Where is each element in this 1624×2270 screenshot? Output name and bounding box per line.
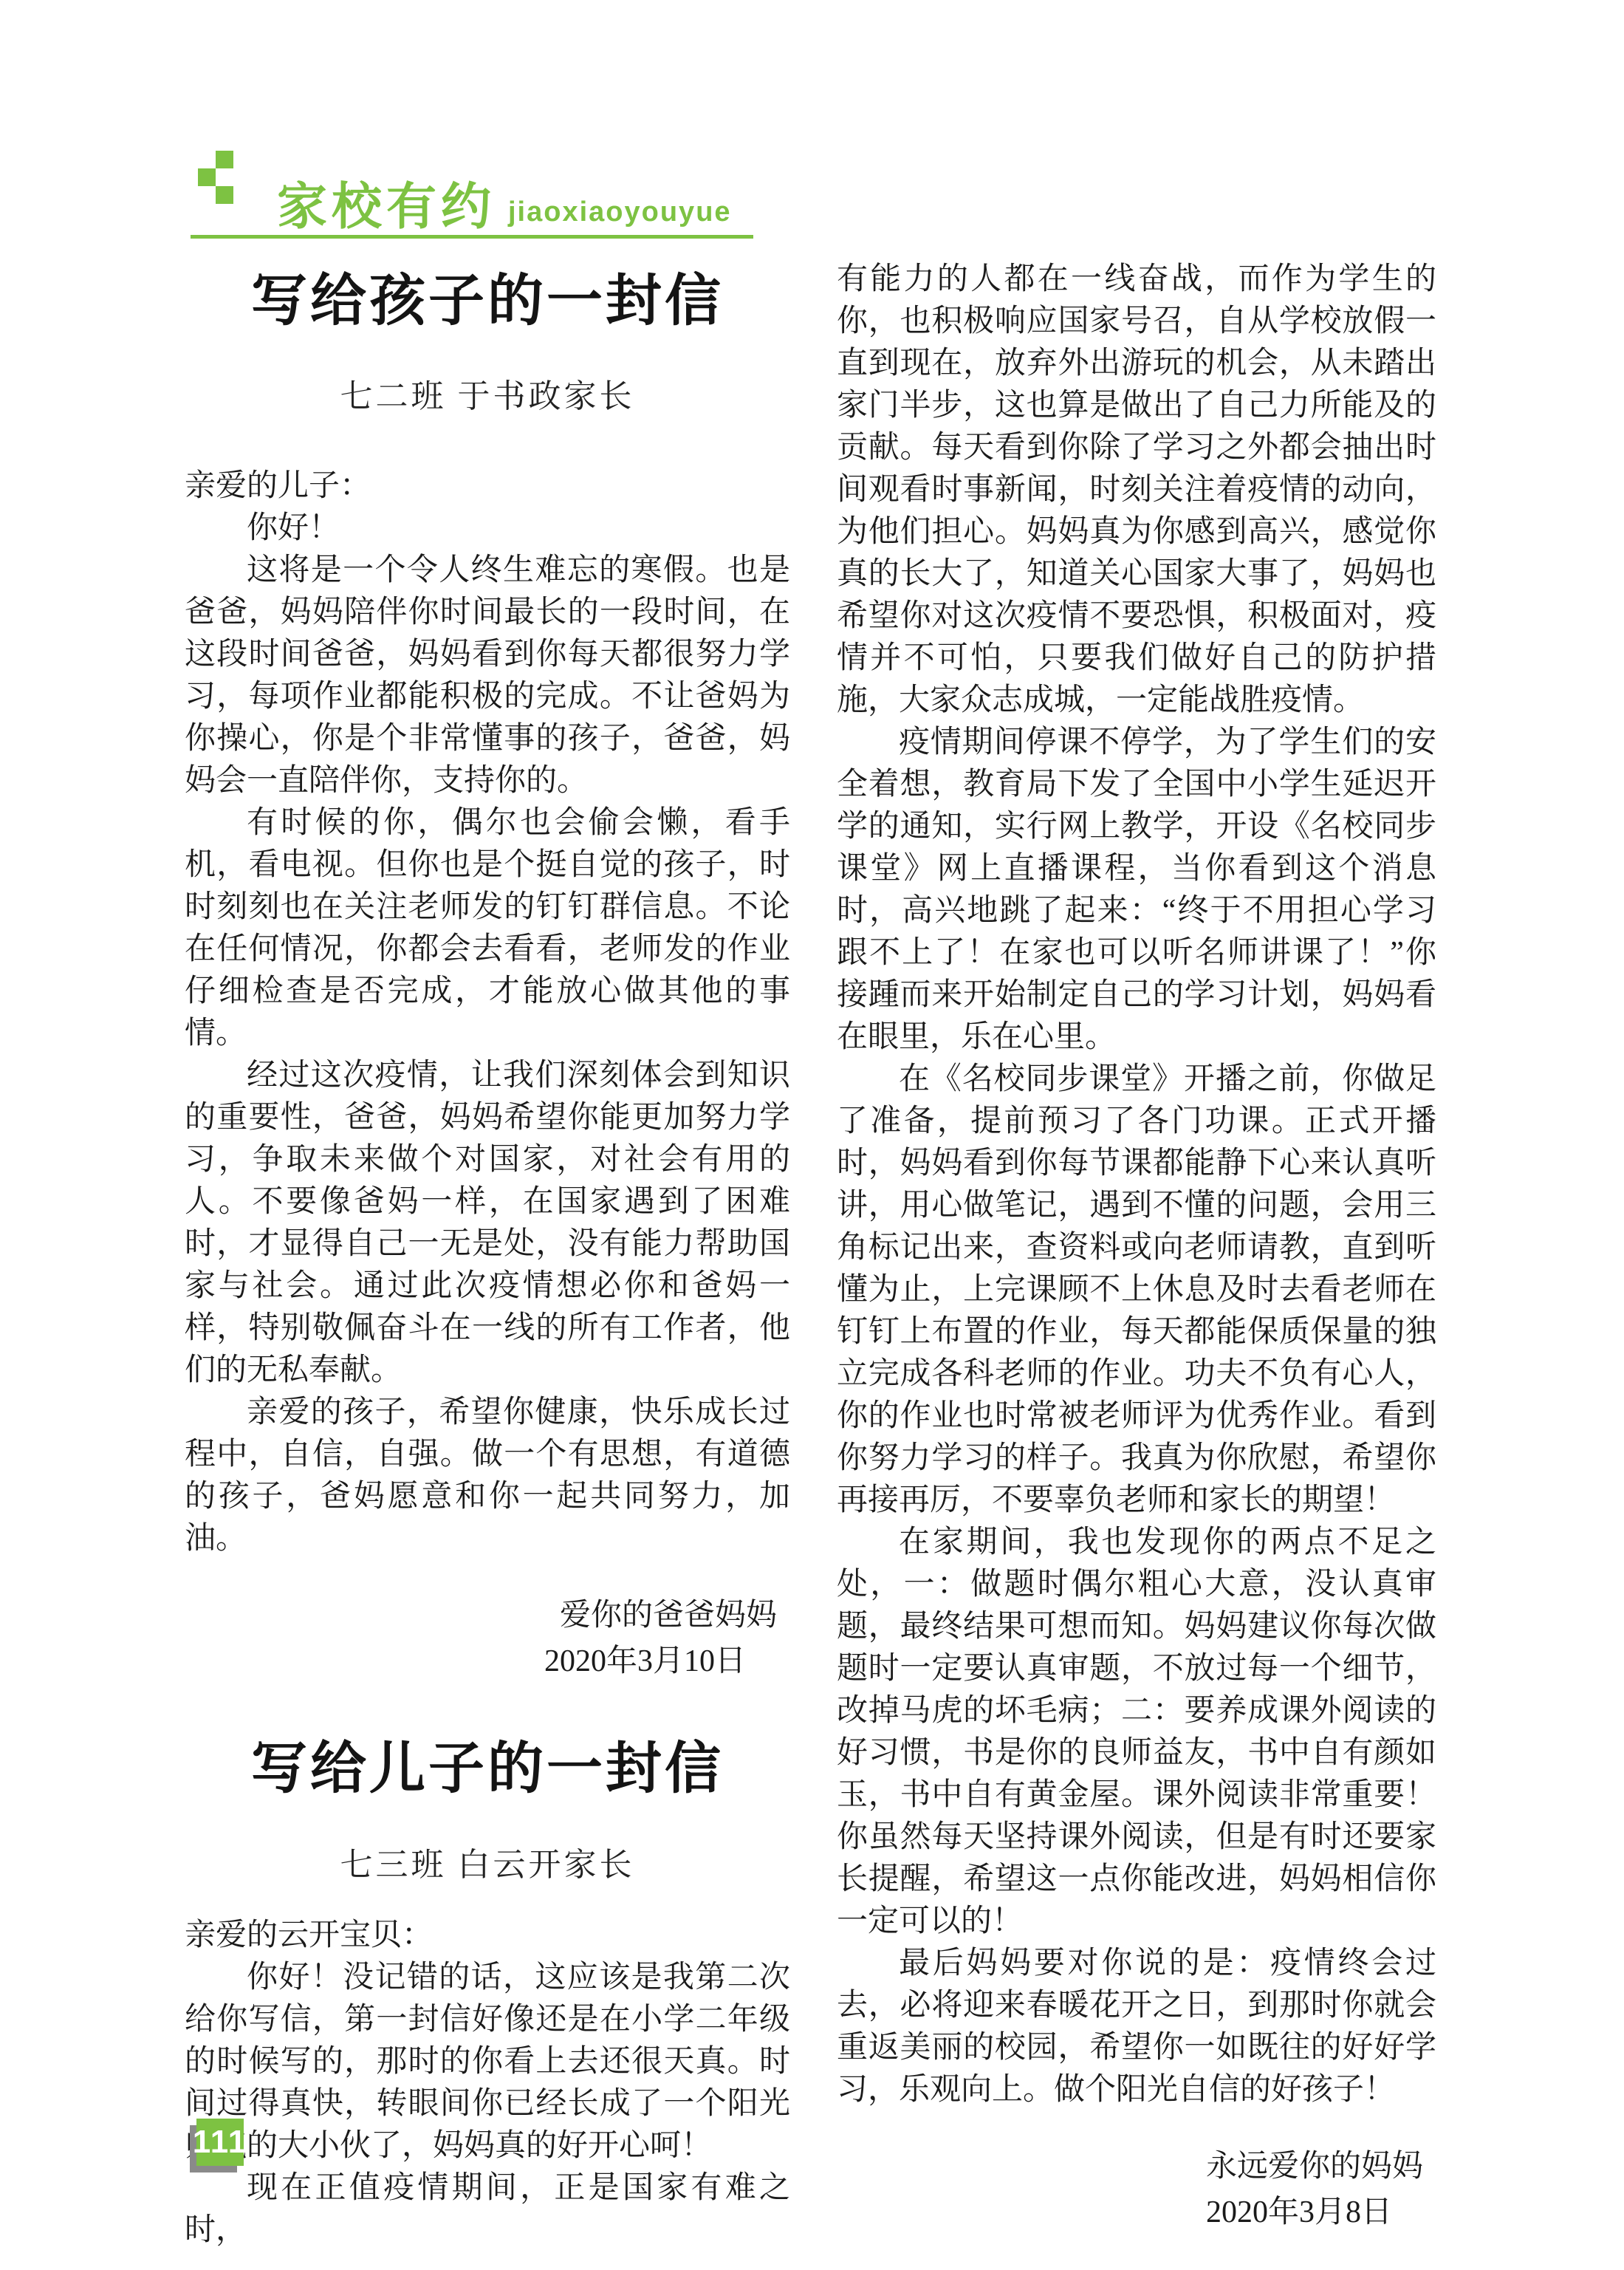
letter2-paragraph: 在家期间，我也发现你的两点不足之处，一：做题时偶尔粗心大意，没认真审题，最终结果… bbox=[837, 1522, 1436, 1943]
letter2-date: 2020年3月8日 bbox=[837, 2189, 1436, 2235]
letter2-body-right: 有能力的人都在一线奋战，而作为学生的你，也积极响应国家号召，自从学校放假一直到现… bbox=[837, 259, 1436, 2111]
letter2-title: 写给儿子的一封信 bbox=[185, 1737, 790, 1802]
logo-square-icon bbox=[216, 151, 233, 168]
header-divider bbox=[191, 235, 753, 239]
letter2-byline: 七三班 白云开家长 bbox=[185, 1838, 790, 1885]
letter1-paragraph: 经过这次疫情，让我们深刻体会到知识的重要性，爸爸，妈妈希望你能更加努力学习，争取… bbox=[185, 1055, 790, 1392]
letter2-signature: 永远爱你的妈妈 bbox=[837, 2144, 1436, 2189]
letter1-paragraph: 你好！ bbox=[185, 507, 790, 550]
letter2-paragraph: 最后妈妈要对你说的是：疫情终会过去，必将迎来春暖花开之日，到那时你就会重返美丽的… bbox=[837, 1943, 1436, 2111]
page-number-badge: 111 bbox=[196, 2119, 244, 2166]
section-title: 家校有约 bbox=[277, 167, 496, 239]
letter2-paragraph: 现在正值疫情期间，正是国家有难之时， bbox=[185, 2167, 790, 2252]
right-column: 有能力的人都在一线奋战，而作为学生的你，也积极响应国家号召，自从学校放假一直到现… bbox=[837, 259, 1436, 2235]
letter2-body-left: 亲爱的云开宝贝： 你好！没记错的话，这应该是我第二次给你写信，第一封信好像还是在… bbox=[185, 1915, 790, 2252]
letter1-signature: 爱你的爸爸妈妈 bbox=[185, 1593, 790, 1638]
left-column: 写给孩子的一封信 七二班 于书政家长 亲爱的儿子： 你好！ 这将是一个令人终生难… bbox=[185, 270, 790, 2252]
letter1-signature-block: 爱你的爸爸妈妈 2020年3月10日 bbox=[185, 1593, 790, 1684]
letter1-date: 2020年3月10日 bbox=[185, 1638, 790, 1684]
letter1-title: 写给孩子的一封信 bbox=[185, 270, 790, 334]
letter1-paragraph: 亲爱的孩子，希望你健康，快乐成长过程中，自信，自强。做一个有思想，有道德的孩子，… bbox=[185, 1392, 790, 1560]
letter1-body: 亲爱的儿子： 你好！ 这将是一个令人终生难忘的寒假。也是爸爸，妈妈陪伴你时间最长… bbox=[185, 465, 790, 1560]
letter2-paragraph: 疫情期间停课不停学，为了学生们的安全着想，教育局下发了全国中小学生延迟开学的通知… bbox=[837, 722, 1436, 1059]
letter1-paragraph: 这将是一个令人终生难忘的寒假。也是爸爸，妈妈陪伴你时间最长的一段时间，在这段时间… bbox=[185, 550, 790, 802]
letter2-paragraph-continuation: 有能力的人都在一线奋战，而作为学生的你，也积极响应国家号召，自从学校放假一直到现… bbox=[837, 259, 1436, 722]
section-title-pinyin: jiaoxiaoyouyue bbox=[508, 196, 732, 228]
letter2-paragraph: 在《名校同步课堂》开播之前，你做足了准备，提前预习了各门功课。正式开播时，妈妈看… bbox=[837, 1059, 1436, 1522]
letter2-salutation: 亲爱的云开宝贝： bbox=[185, 1915, 790, 1957]
letter1-paragraph: 有时候的你，偶尔也会偷会懒，看手机，看电视。但你也是个挺自觉的孩子，时时刻刻也在… bbox=[185, 802, 790, 1055]
logo-square-icon bbox=[216, 186, 233, 204]
logo-square-icon bbox=[198, 168, 216, 186]
scanned-page: { "colors": { "accent_green": "#7dc242",… bbox=[0, 0, 1624, 2270]
letter1-salutation: 亲爱的儿子： bbox=[185, 465, 790, 507]
letter2-signature-block: 永远爱你的妈妈 2020年3月8日 bbox=[837, 2144, 1436, 2235]
letter2-paragraph: 你好！没记错的话，这应该是我第二次给你写信，第一封信好像还是在小学二年级的时候写… bbox=[185, 1957, 790, 2167]
letter1-byline: 七二班 于书政家长 bbox=[185, 369, 790, 417]
